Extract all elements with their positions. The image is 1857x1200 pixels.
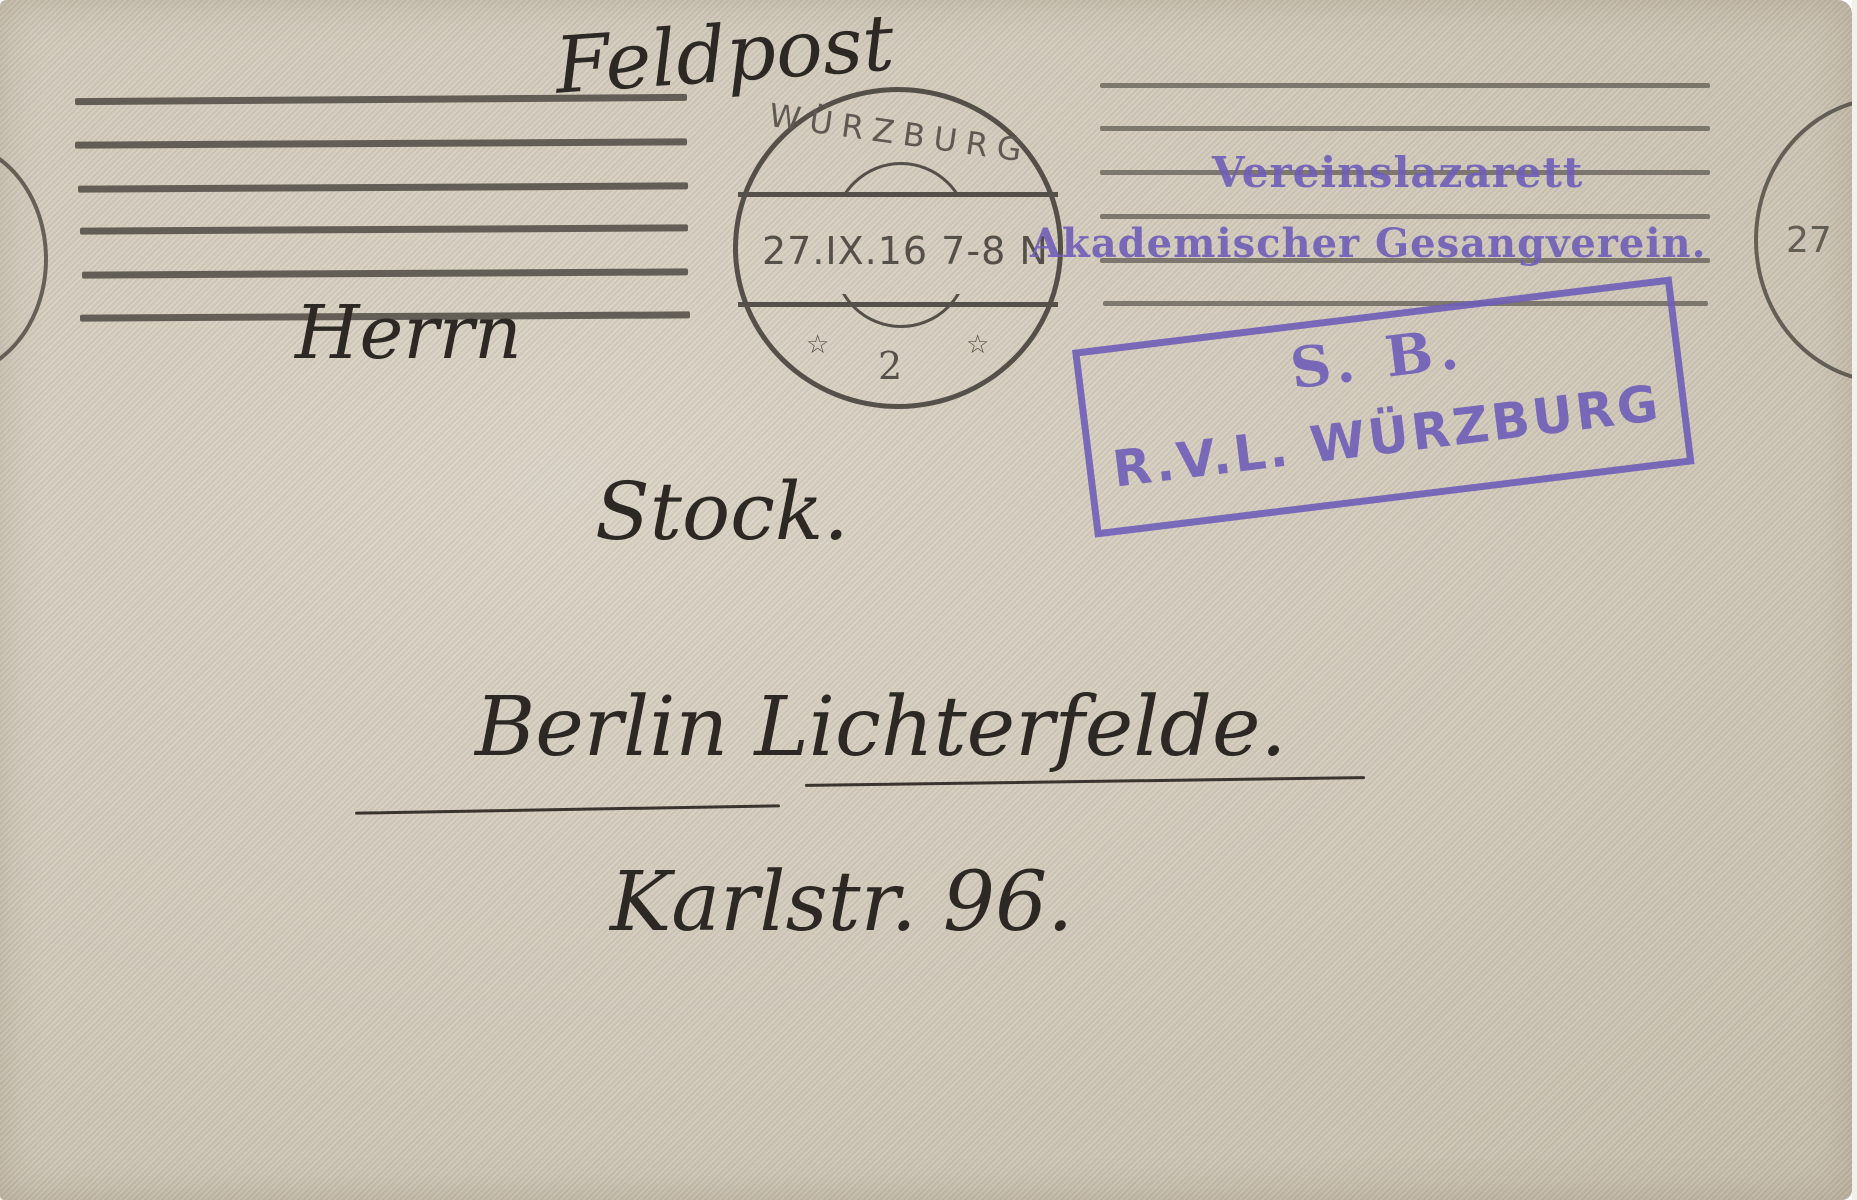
postmark-city: WÜRZBURG (767, 96, 1030, 170)
address-city: Berlin Lichterfelde. (475, 680, 1287, 775)
postmark-partial-right: 27 (1754, 96, 1857, 384)
star-icon: ☆ (966, 330, 989, 360)
address-salutation: Herrn (295, 290, 522, 376)
postmark-band-bottom (738, 302, 1058, 307)
hospital-cachet-line1: Vereinslazarett (1212, 148, 1583, 197)
postmark-wurzburg: WÜRZBURG 27.IX.16 7-8 N ☆ ☆ 2 (733, 87, 1063, 409)
postmark-band-top (738, 192, 1058, 197)
envelope: WÜRZBURG 27.IX.16 7-8 N ☆ ☆ 2 27 Vereins… (0, 0, 1852, 1200)
postmark-partial-date: 27 (1786, 220, 1832, 261)
star-icon: ☆ (806, 330, 829, 360)
postmark-partial-left (0, 140, 48, 378)
scan-edge (1852, 0, 1857, 1200)
district-underline (805, 776, 1365, 787)
address-name: Stock. (595, 465, 849, 558)
box-cachet: S. B. R.V.L. WÜRZBURG (1072, 276, 1695, 537)
postmark-office-number: 2 (878, 344, 902, 388)
hospital-cachet-line2: Akademischer Gesangverein. (1030, 220, 1707, 267)
address-street: Karlstr. 96. (610, 855, 1073, 950)
postmark-date: 27.IX.16 7-8 N (762, 229, 1042, 273)
city-underline (355, 804, 780, 814)
